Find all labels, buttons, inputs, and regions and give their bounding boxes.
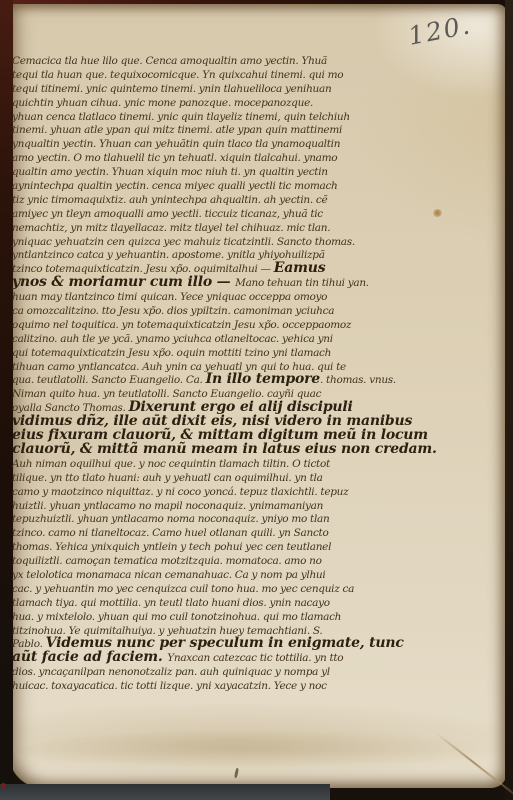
shelf-surface: [0, 784, 330, 800]
manuscript-line: aynintechpa qualtin yectin. cenca miyec …: [12, 177, 460, 191]
manuscript-line: amiyec yn tleyn amoqualli amo yectli. ti…: [12, 205, 460, 219]
manuscript-line: Pablo. Videmus nunc per speculum in enig…: [12, 635, 460, 649]
manuscript-line: tilique. yn tto tlato huani: auh y yehua…: [12, 469, 460, 483]
manuscript-line: camo y maotzinco niquittaz. y ni coco yo…: [12, 483, 460, 497]
manuscript-line: Cemacica tla hue lilo que. Cenca amoqual…: [12, 52, 460, 66]
manuscript-line: toquiliztli. camoçan tematica motzitzqui…: [12, 552, 460, 566]
manuscript-line: yhuan cenca tlatlaco tinemi. ynic quin t…: [12, 108, 460, 122]
manuscript-line: tzinco totemaquixticatzin. Jesu xp̃o. oq…: [12, 260, 460, 274]
manuscript-line: thomas. Yehica ynixquich yntlein y tech …: [12, 538, 460, 552]
manuscript-line: clauorũ, & mittã manũ meam in latus eius…: [12, 441, 460, 455]
manuscript-line: ynos & moriamur cum illo — Mano tehuan t…: [12, 274, 460, 288]
manuscript-line: huan may tlantzinco timi quican. Yece yn…: [12, 288, 460, 302]
manuscript-line: ca omozcalitzino. tto Jesu xp̃o. dios yp…: [12, 302, 460, 316]
manuscript-line: tzinco. camo ni tlaneltocaz. Camo huel o…: [12, 524, 460, 538]
manuscript-line: tequi tla huan que. tequixocomicque. Yn …: [12, 66, 460, 80]
manuscript-photo: 120. Cemacica tla hue lilo que. Cenca am…: [0, 0, 513, 800]
manuscript-line: vidimus dñz, ille aūt dixit eis, nisi vi…: [12, 413, 460, 427]
manuscript-line: tepuzhuiztli. yhuan yntlacamo noma nocon…: [12, 510, 460, 524]
manuscript-line: calitzino. auh tle ye ycã. ynamo yciuhca…: [12, 330, 460, 344]
red-speck: [1, 783, 6, 788]
manuscript-line: huicac. toxayacatica. tic totti lizque. …: [12, 677, 460, 691]
manuscript-text-block: Cemacica tla hue lilo que. Cenca amoqual…: [12, 52, 460, 691]
manuscript-line: dios. yncaçanilpan nenonotzaliz pan. auh…: [12, 663, 460, 677]
manuscript-line: tiz ynic timomaquixtiz. auh ynintechpa a…: [12, 191, 460, 205]
manuscript-line: huiztli. yhuan yntlacamo no mapil nocona…: [12, 497, 460, 511]
manuscript-line: Niman quito hua. yn teutlatolli. Sancto …: [12, 385, 460, 399]
manuscript-line: cac. y yehuantin mo yec cenquizca cuil t…: [12, 580, 460, 594]
manuscript-line: qua. teutlatolli. Sancto Euangelio. Ca. …: [12, 371, 460, 385]
manuscript-line: yx telolotica monamaca nican cemanahuac.…: [12, 566, 460, 580]
manuscript-line: ynqualtin yectin. Yhuan can yehuãtin qui…: [12, 135, 460, 149]
manuscript-line: titzinohua. Ye quimitalhuiya. y yehuatzi…: [12, 622, 460, 636]
manuscript-line: hua. y mixtelolo. yhuan qui mo cuil tono…: [12, 608, 460, 622]
manuscript-line: amo yectin. O mo tlahuelil tic yn tehuat…: [12, 149, 460, 163]
manuscript-line: tequi titinemi. ynic quintemo tinemi. yn…: [12, 80, 460, 94]
manuscript-line: yntlantzinco catca y yehuantin. apostome…: [12, 246, 460, 260]
manuscript-line: tihuan camo yntlancatca. Auh ynin ca yeh…: [12, 358, 460, 372]
manuscript-line: oyalla Sancto Thomas. Dixerunt ergo ei a…: [12, 399, 460, 413]
manuscript-line: tinemi. yhuan atle ypan qui mitz tinemi.…: [12, 121, 460, 135]
page-edge-shadow: [505, 0, 513, 800]
manuscript-line: oquimo nel toquitica. yn totemaquixticat…: [12, 316, 460, 330]
manuscript-line: eius fixuram clauorũ, & mittam digitum m…: [12, 427, 460, 441]
manuscript-line: nemachtiz, yn mitz tlayellacaz. mitz tla…: [12, 219, 460, 233]
manuscript-line: quichtin yhuan cihua. ynic mone panozque…: [12, 94, 460, 108]
manuscript-line: yniquac yehuatzin cen quizca yec mahuiz …: [12, 233, 460, 247]
manuscript-line: qui totemaquixticatzin Jesu xp̃o. oquin …: [12, 344, 460, 358]
manuscript-line: tlamach tiya. qui mottilia. yn teutl tla…: [12, 594, 460, 608]
manuscript-line: qualtin amo yectin. Yhuan xiquin moc niu…: [12, 163, 460, 177]
